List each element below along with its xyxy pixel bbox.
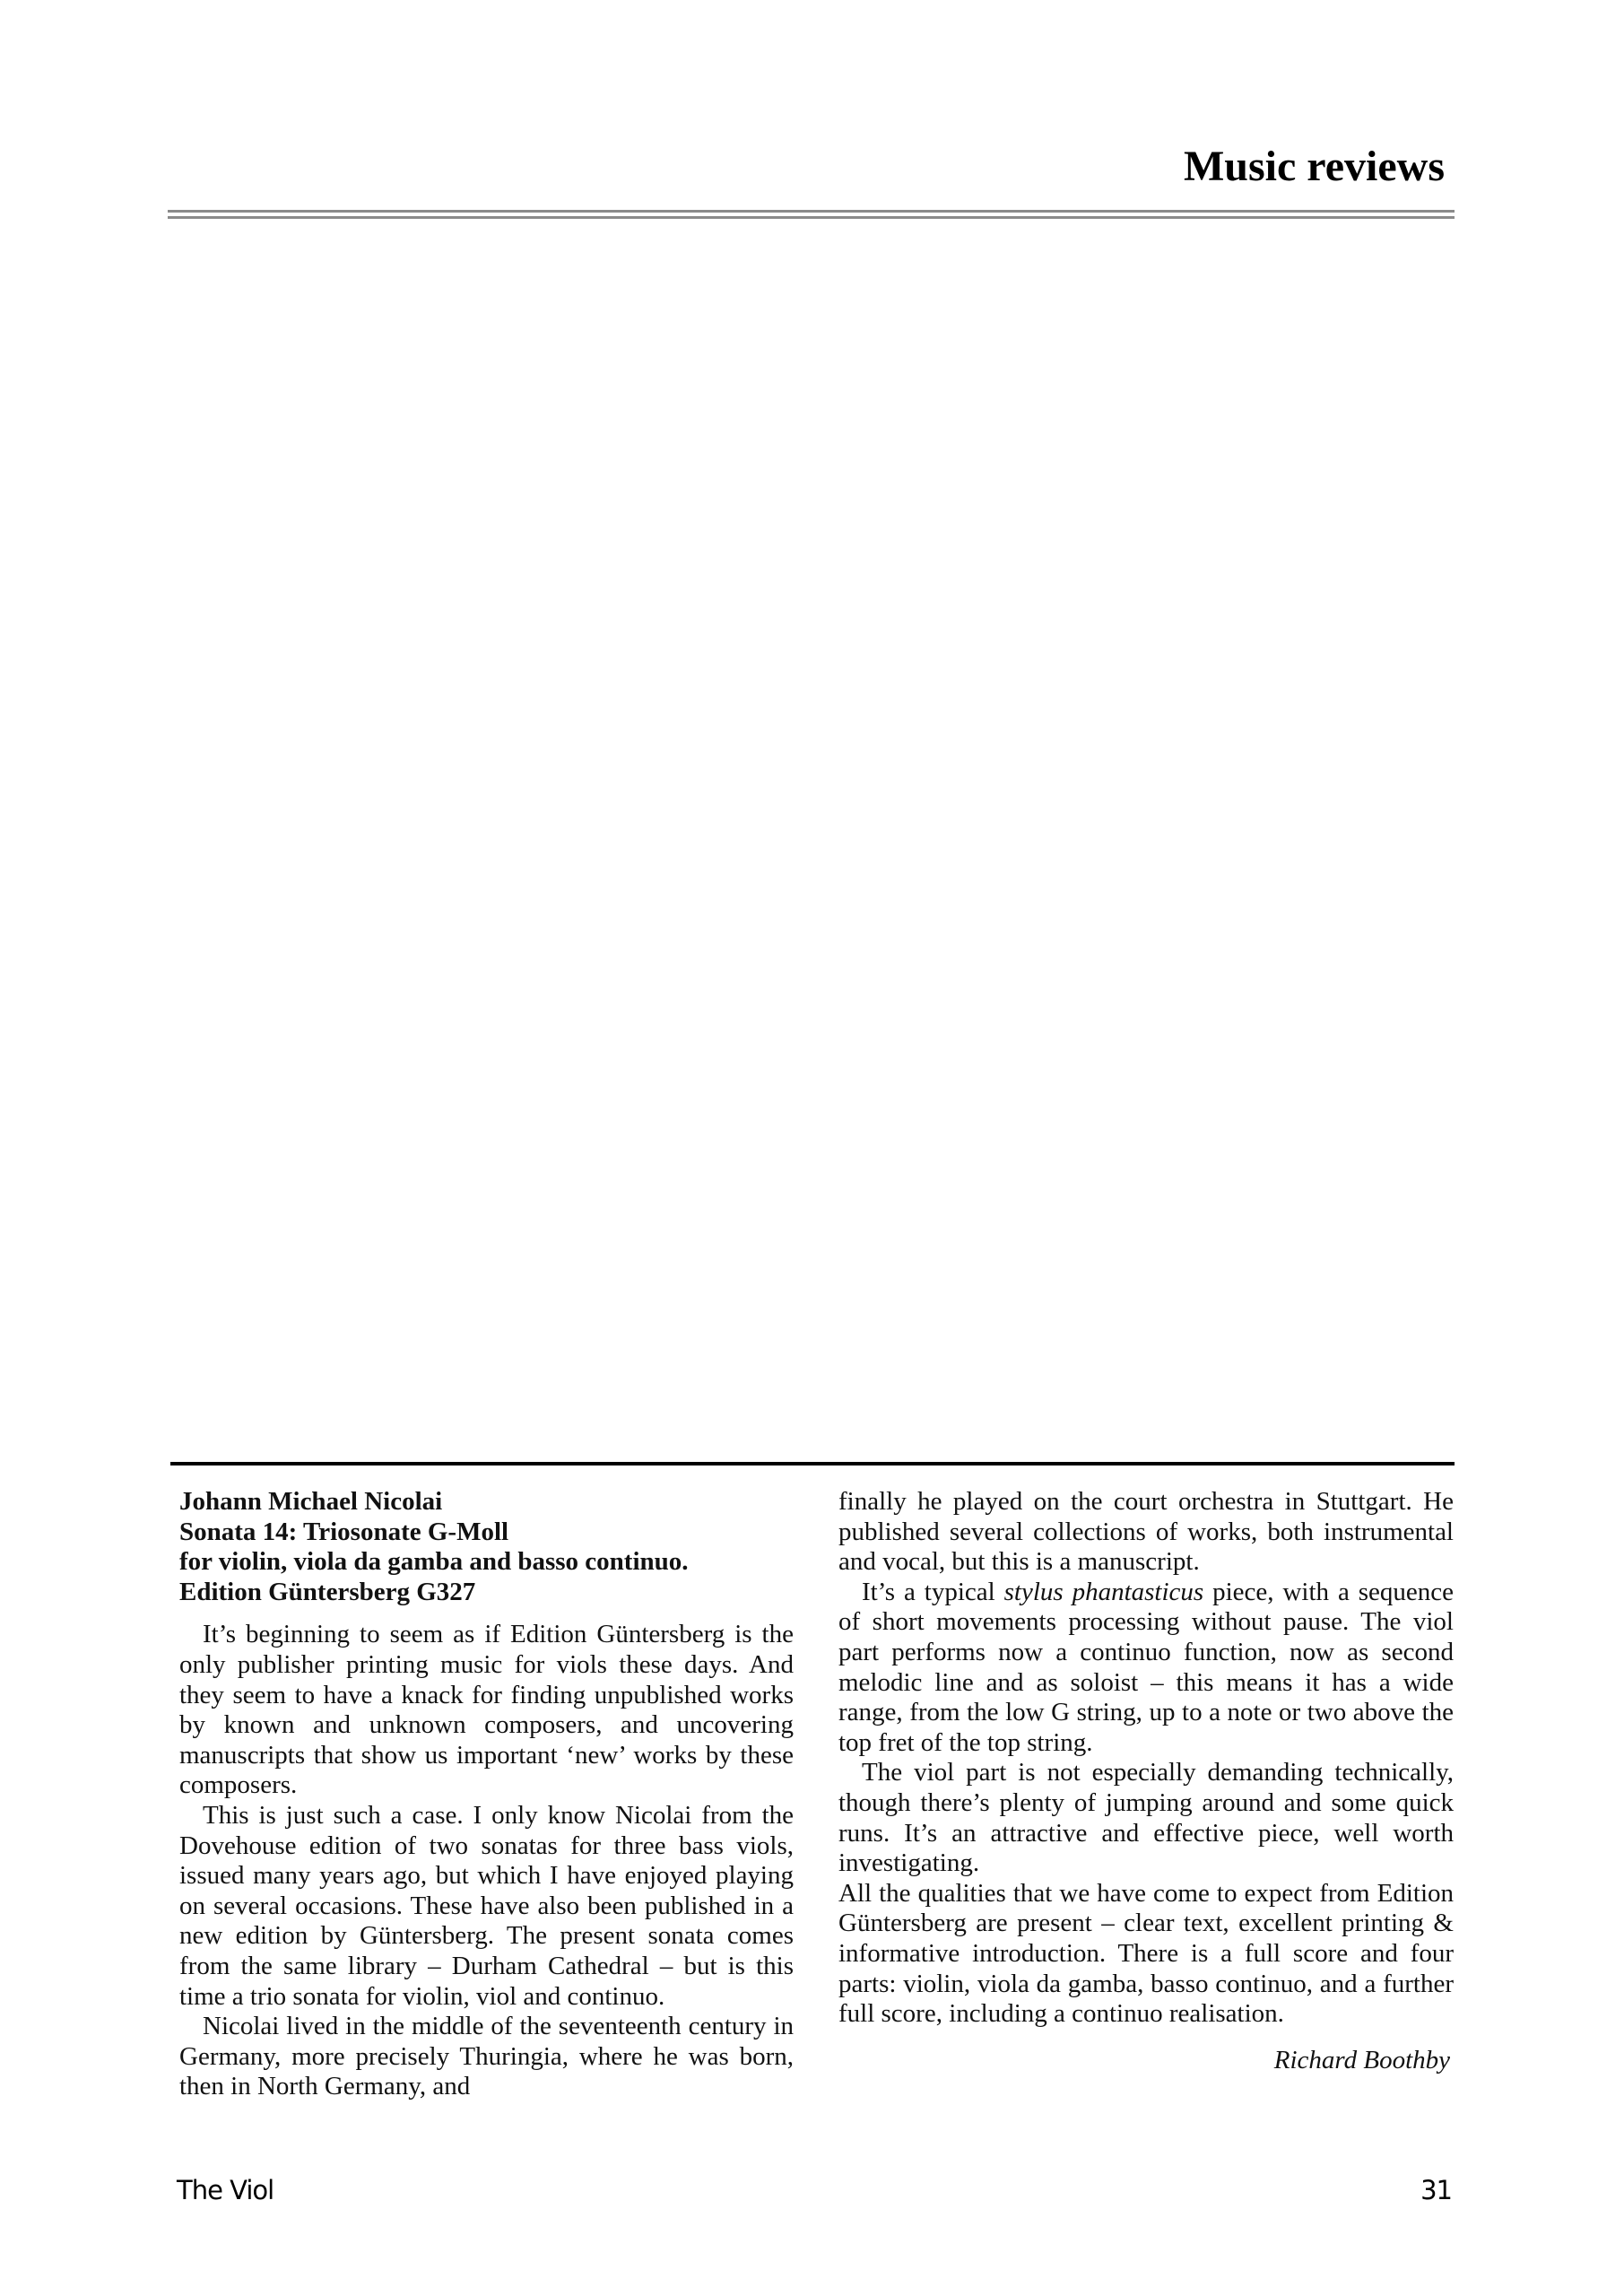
review-paragraph-continuation: finally he played on the court orchestra… (838, 1487, 1454, 1578)
header-double-rule (168, 210, 1455, 221)
review-heading: Johann Michael Nicolai Sonata 14: Trioso… (179, 1487, 794, 1607)
review-paragraph: This is just such a case. I only know Ni… (179, 1801, 794, 2012)
publication-name: The Viol (177, 2175, 274, 2205)
review-divider-rule (170, 1462, 1455, 1465)
review-paragraph: The viol part is not especially demandin… (838, 1758, 1454, 1878)
rule-line-top (168, 210, 1455, 213)
review-paragraph: All the qualities that we have come to e… (838, 1879, 1454, 2030)
italic-term: stylus phantasticus (1004, 1578, 1204, 1606)
review-column-right: finally he played on the court orchestra… (838, 1487, 1454, 2075)
edition-reference: Edition Güntersberg G327 (179, 1578, 794, 1608)
review-paragraph: It’s beginning to seem as if Edition Gün… (179, 1620, 794, 1801)
composer-name: Johann Michael Nicolai (179, 1487, 794, 1518)
section-title: Music reviews (1184, 145, 1445, 188)
page-number: 31 (1420, 2175, 1452, 2205)
review-column-left: Johann Michael Nicolai Sonata 14: Trioso… (179, 1487, 794, 2102)
work-title: Sonata 14: Triosonate G-Moll (179, 1518, 794, 1548)
page-footer: The Viol 31 (177, 2175, 1452, 2205)
rule-line-bottom (168, 216, 1455, 219)
review-paragraph: Nicolai lived in the middle of the seven… (179, 2012, 794, 2102)
instrumentation: for violin, viola da gamba and basso con… (179, 1547, 794, 1578)
review-paragraph: It’s a typical stylus phantasticus piece… (838, 1578, 1454, 1759)
reviewer-signature: Richard Boothby (838, 2046, 1454, 2076)
text-run: It’s a typical (862, 1578, 1004, 1606)
